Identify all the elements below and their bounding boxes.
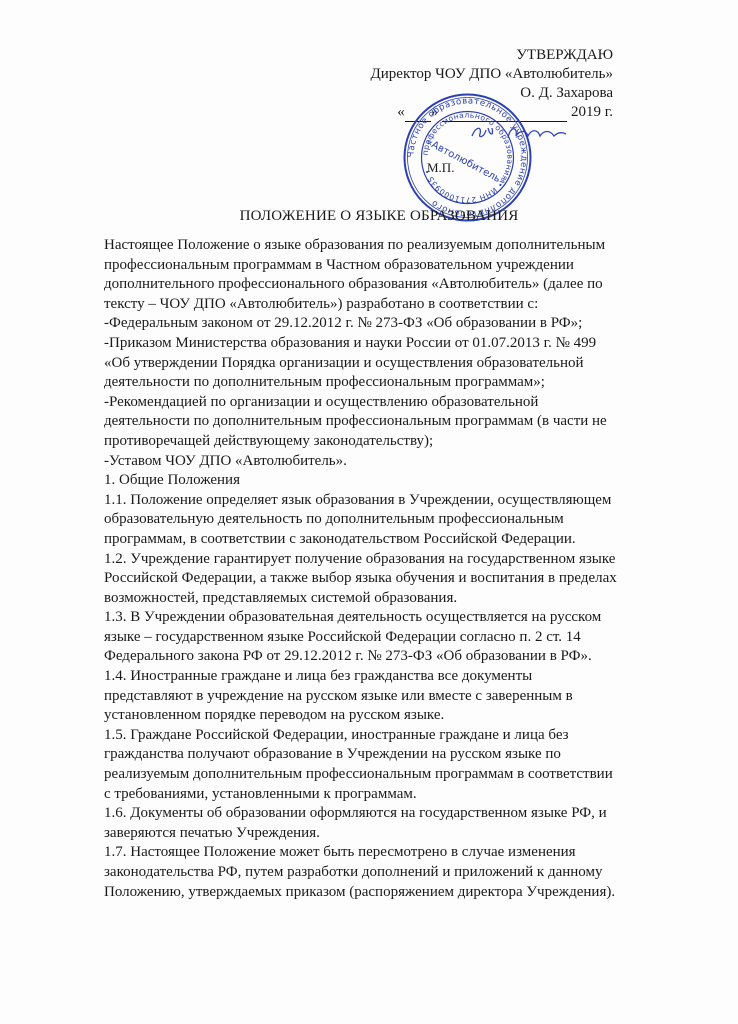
approval-heading: УТВЕРЖДАЮ — [371, 46, 613, 65]
document-title: ПОЛОЖЕНИЕ О ЯЗЫКЕ ОБРАЗОВАНИЯ — [0, 208, 738, 225]
date-year: 2019 г. — [571, 104, 613, 120]
body-line: -Уставом ЧОУ ДПО «Автолюбитель». — [104, 452, 664, 472]
body-line: 1.1. Положение определяет язык образован… — [104, 491, 664, 511]
body-line: гражданства получают образование в Учреж… — [104, 745, 664, 765]
body-line: 1.6. Документы об образовании оформляютс… — [104, 804, 664, 824]
date-open-quote: « — [397, 104, 405, 120]
body-line: -Приказом Министерства образования и нау… — [104, 334, 664, 354]
body-line: дополнительного профессионального образо… — [104, 275, 664, 295]
svg-text:профессионального образования: профессионального образования • ИНН 2711… — [421, 110, 515, 204]
body-line: Федерального закона РФ от 29.12.2012 г. … — [104, 647, 664, 667]
body-line: возможностей, представляемых системой об… — [104, 589, 664, 609]
document-body: Настоящее Положение о языке образования … — [104, 236, 664, 902]
body-line: тексту – ЧОУ ДПО «Автолюбитель») разрабо… — [104, 295, 664, 315]
date-close-quote: » — [431, 104, 439, 120]
approval-name: О. Д. Захарова — [371, 84, 613, 103]
body-line: реализуемым дополнительным профессиональ… — [104, 765, 664, 785]
body-line: 1.5. Граждане Российской Федерации, инос… — [104, 726, 664, 746]
body-line: противоречащей действующему законодатель… — [104, 432, 664, 452]
approval-block: УТВЕРЖДАЮ Директор ЧОУ ДПО «Автолюбитель… — [371, 46, 613, 122]
body-line: образовательную деятельность по дополнит… — [104, 510, 664, 530]
section-heading: 1. Общие Положения — [104, 471, 664, 491]
date-month-blank — [442, 107, 567, 122]
approval-position: Директор ЧОУ ДПО «Автолюбитель» — [371, 65, 613, 84]
body-line: деятельности по дополнительным профессио… — [104, 373, 664, 393]
date-day-blank — [405, 107, 431, 122]
document-page: УТВЕРЖДАЮ Директор ЧОУ ДПО «Автолюбитель… — [0, 0, 738, 1024]
body-line: «Об утверждении Порядка организации и ос… — [104, 354, 664, 374]
body-line: Российской Федерации, а также выбор язык… — [104, 569, 664, 589]
approval-date: «» 2019 г. — [397, 103, 613, 122]
body-line: -Рекомендацией по организации и осуществ… — [104, 393, 664, 413]
body-line: заверяются печатью Учреждения. — [104, 824, 664, 844]
body-line: 1.7. Настоящее Положение может быть пере… — [104, 843, 664, 863]
handwritten-date-signature — [470, 120, 570, 144]
body-line: Настоящее Положение о языке образования … — [104, 236, 664, 256]
body-line: установленном порядке переводом на русск… — [104, 706, 664, 726]
body-line: деятельности по дополнительным профессио… — [104, 412, 664, 432]
body-line: языке – государственном языке Российской… — [104, 628, 664, 648]
body-line: 1.4. Иностранные граждане и лица без гра… — [104, 667, 664, 687]
body-line: представляют в учреждение на русском язы… — [104, 687, 664, 707]
body-line: с требованиями, установленными к програм… — [104, 785, 664, 805]
body-line: 1.3. В Учреждении образовательная деятел… — [104, 608, 664, 628]
body-line: профессиональным программам в Частном об… — [104, 256, 664, 276]
seal-label: М.П. — [427, 160, 454, 176]
body-line: -Федеральным законом от 29.12.2012 г. № … — [104, 314, 664, 334]
body-line: Положению, утверждаемых приказом (распор… — [104, 883, 664, 903]
body-line: законодательства РФ, путем разработки до… — [104, 863, 664, 883]
body-line: 1.2. Учреждение гарантирует получение об… — [104, 550, 664, 570]
body-line: программам, в соответствии с законодател… — [104, 530, 664, 550]
